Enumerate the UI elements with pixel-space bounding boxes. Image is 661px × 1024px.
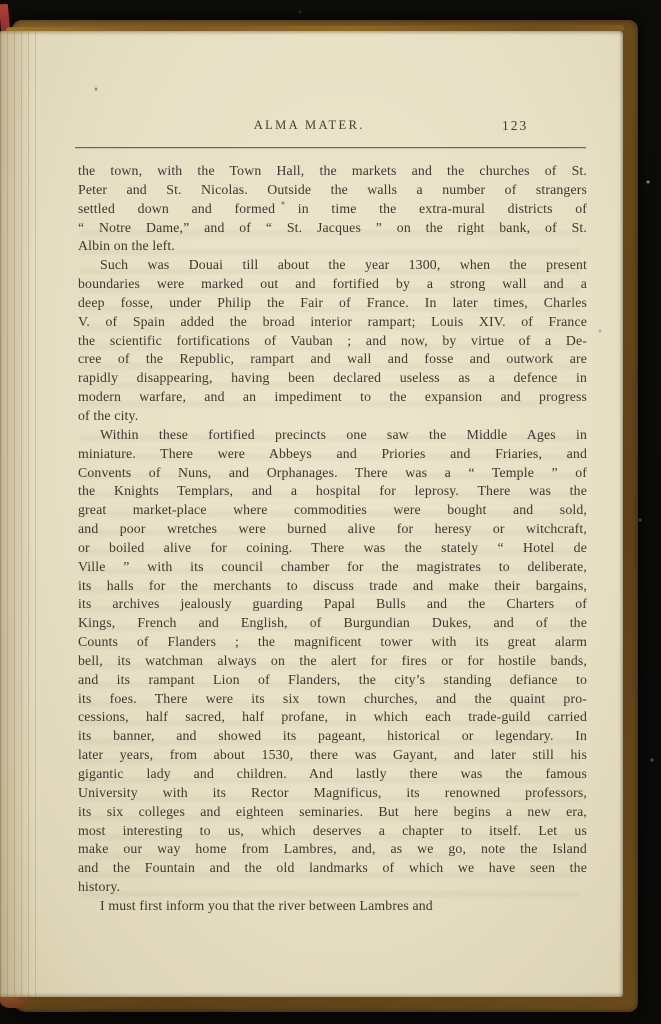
text-line: Peter and St. Nicolas. Outside the walls… (78, 181, 587, 200)
text-line: its six colleges and eighteen seminaries… (78, 803, 587, 822)
text-line: Convents of Nuns, and Orphanages. There … (78, 464, 587, 483)
text-line: deep fosse, under Philip the Fair of Fra… (78, 294, 587, 313)
text-line: Within these fortified precincts one saw… (78, 426, 587, 445)
text-line: make our way home from Lambres, and, as … (78, 840, 587, 859)
text-line: rapidly disappearing, having been declar… (78, 369, 587, 388)
book-scan: ALMA MATER. 123 the town, with the Town … (0, 0, 661, 1024)
text-line: its halls for the merchants to discuss t… (78, 577, 587, 596)
text-line: Counts of Flanders ; the magnificent tow… (78, 633, 587, 652)
text-line: modern warfare, and an impediment to the… (78, 388, 587, 407)
text-line: the scientific fortifications of Vauban … (78, 332, 587, 351)
text-line: Albin on the left. (78, 237, 587, 256)
text-line: University with its Rector Magnificus, i… (78, 784, 587, 803)
text-line: I must first inform you that the river b… (78, 897, 587, 916)
text-line: Ville ” with its council chamber for the… (78, 558, 587, 577)
text-line: its archives jealously guarding Papal Bu… (78, 595, 587, 614)
text-line: great market-place where commodities wer… (78, 501, 587, 520)
text-line: of the city. (78, 407, 587, 426)
text-line: the Knights Templars, and a hospital for… (78, 482, 587, 501)
page-content: ALMA MATER. 123 the town, with the Town … (0, 31, 623, 997)
text-line: its banner, and showed its pageant, hist… (78, 727, 587, 746)
text-line: the town, with the Town Hall, the market… (78, 162, 587, 181)
text-line: history. (78, 878, 587, 897)
text-line: “ Notre Dame,” and of “ St. Jacques ” on… (78, 219, 587, 238)
text-line: boundaries were marked out and fortified… (78, 275, 587, 294)
text-line: Such was Douai till about the year 1300,… (78, 256, 587, 275)
text-line: bell, its watchman always on the alert f… (78, 652, 587, 671)
text-line: miniature. There were Abbeys and Priorie… (78, 445, 587, 464)
text-line: most interesting to us, which deserves a… (78, 822, 587, 841)
text-line: V. of Spain added the broad interior ram… (78, 313, 587, 332)
text-line: or boiled alive for coining. There was t… (78, 539, 587, 558)
text-line: later years, from about 1530, there was … (78, 746, 587, 765)
text-line: cessions, half sacred, half profane, in … (78, 708, 587, 727)
text-line: cree of the Republic, rampart and wall a… (78, 350, 587, 369)
running-title: ALMA MATER. (254, 118, 365, 133)
page-number: 123 (502, 118, 528, 134)
text-line: and its rampant Lion of Flanders, the ci… (78, 671, 587, 690)
body-text: the town, with the Town Hall, the market… (78, 162, 587, 916)
text-line: settled down and formed in time the extr… (78, 200, 587, 219)
text-line: gigantic lady and children. And lastly t… (78, 765, 587, 784)
text-line: and the Fountain and the old landmarks o… (78, 859, 587, 878)
text-line: and poor wretches were burned alive for … (78, 520, 587, 539)
text-line: its foes. There were its six town church… (78, 690, 587, 709)
text-line: Kings, French and English, of Burgundian… (78, 614, 587, 633)
header-rule (75, 147, 586, 148)
